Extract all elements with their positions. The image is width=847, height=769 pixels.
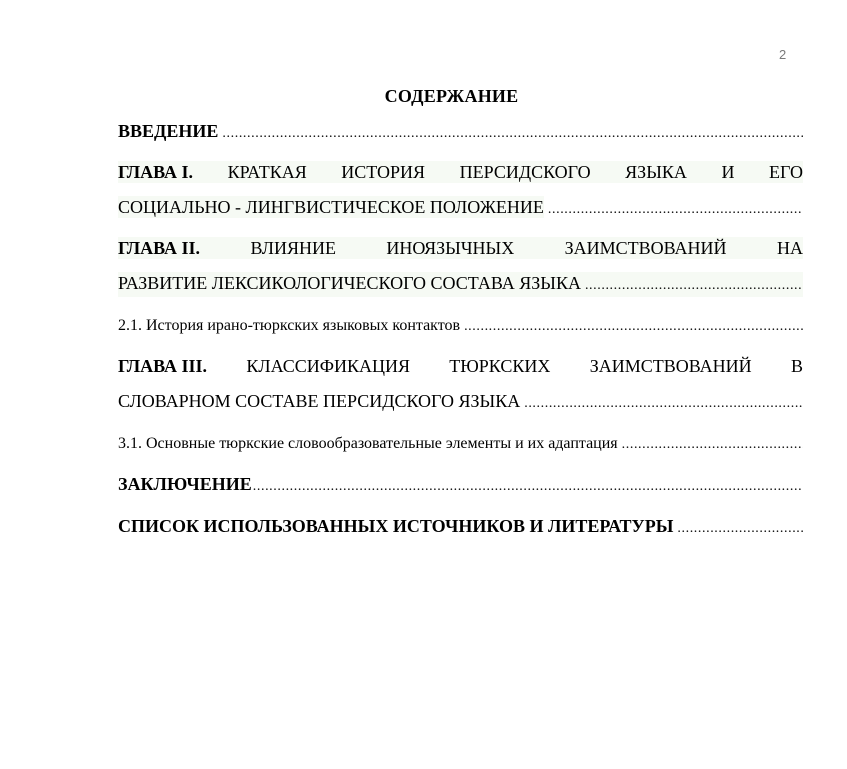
dot-leader — [524, 393, 803, 415]
chapter-label: ГЛАВА I. — [118, 161, 193, 183]
dot-leader — [253, 476, 803, 498]
toc-entry-text: ВВЕДЕНИЕ — [118, 120, 218, 142]
toc-entry-text: 3.1. Основные тюркские словообразователь… — [118, 433, 618, 455]
word: ВЛИЯНИЕ — [250, 237, 336, 259]
word: ИСТОРИЯ — [341, 161, 425, 183]
word: ИНОЯЗЫЧНЫХ — [386, 237, 514, 259]
toc-entry-text: ЗАКЛЮЧЕНИЕ — [118, 473, 252, 495]
dot-leader — [222, 123, 803, 145]
toc-entry-text: СЛОВАРНОМ СОСТАВЕ ПЕРСИДСКОГО ЯЗЫКА — [118, 390, 520, 412]
toc-entry-chapter-1-line1[interactable]: ГЛАВА I. КРАТКАЯ ИСТОРИЯ ПЕРСИДСКОГО ЯЗЫ… — [118, 161, 803, 183]
toc-entry-conclusion[interactable]: ЗАКЛЮЧЕНИЕ — [118, 473, 803, 498]
toc-entry-chapter-2-line2[interactable]: РАЗВИТИЕ ЛЕКСИКОЛОГИЧЕСКОГО СОСТАВА ЯЗЫК… — [118, 272, 803, 297]
dot-leader — [677, 518, 803, 540]
chapter-label: ГЛАВА III. — [118, 355, 207, 377]
word: В — [791, 355, 803, 377]
toc-entry-section-2-1[interactable]: 2.1. История ирано-тюркских языковых кон… — [118, 315, 803, 338]
word: ЯЗЫКА — [625, 161, 687, 183]
dot-leader — [464, 316, 803, 338]
dot-leader — [548, 199, 803, 221]
page-number: 2 — [779, 47, 786, 62]
toc-entry-chapter-2-line1[interactable]: ГЛАВА II. ВЛИЯНИЕ ИНОЯЗЫЧНЫХ ЗАИМСТВОВАН… — [118, 237, 803, 259]
toc-entry-chapter-3-line1[interactable]: ГЛАВА III. КЛАССИФИКАЦИЯ ТЮРКСКИХ ЗАИМСТ… — [118, 355, 803, 377]
toc-entry-intro[interactable]: ВВЕДЕНИЕ — [118, 120, 803, 145]
word: ЕГО — [769, 161, 803, 183]
word: И — [721, 161, 734, 183]
word: КРАТКАЯ — [228, 161, 307, 183]
toc-entry-section-3-1[interactable]: 3.1. Основные тюркские словообразователь… — [118, 433, 803, 456]
word: НА — [777, 237, 803, 259]
toc-title: СОДЕРЖАНИЕ — [0, 86, 847, 107]
toc-entry-chapter-3-line2[interactable]: СЛОВАРНОМ СОСТАВЕ ПЕРСИДСКОГО ЯЗЫКА — [118, 390, 803, 415]
toc-entry-text: РАЗВИТИЕ ЛЕКСИКОЛОГИЧЕСКОГО СОСТАВА ЯЗЫК… — [118, 272, 581, 294]
toc-entry-text: 2.1. История ирано-тюркских языковых кон… — [118, 315, 460, 337]
word: ТЮРКСКИХ — [449, 355, 550, 377]
word: ЗАИМСТВОВАНИЙ — [590, 355, 752, 377]
dot-leader — [585, 275, 803, 297]
word: КЛАССИФИКАЦИЯ — [246, 355, 410, 377]
word: ПЕРСИДСКОГО — [460, 161, 591, 183]
toc-entry-references[interactable]: СПИСОК ИСПОЛЬЗОВАННЫХ ИСТОЧНИКОВ И ЛИТЕР… — [118, 515, 803, 540]
toc-entry-text: СОЦИАЛЬНО - ЛИНГВИСТИЧЕСКОЕ ПОЛОЖЕНИЕ — [118, 196, 544, 218]
dot-leader — [622, 434, 803, 456]
chapter-label: ГЛАВА II. — [118, 237, 200, 259]
toc-entry-text: СПИСОК ИСПОЛЬЗОВАННЫХ ИСТОЧНИКОВ И ЛИТЕР… — [118, 515, 673, 537]
word: ЗАИМСТВОВАНИЙ — [565, 237, 727, 259]
toc-entry-chapter-1-line2[interactable]: СОЦИАЛЬНО - ЛИНГВИСТИЧЕСКОЕ ПОЛОЖЕНИЕ — [118, 196, 803, 221]
